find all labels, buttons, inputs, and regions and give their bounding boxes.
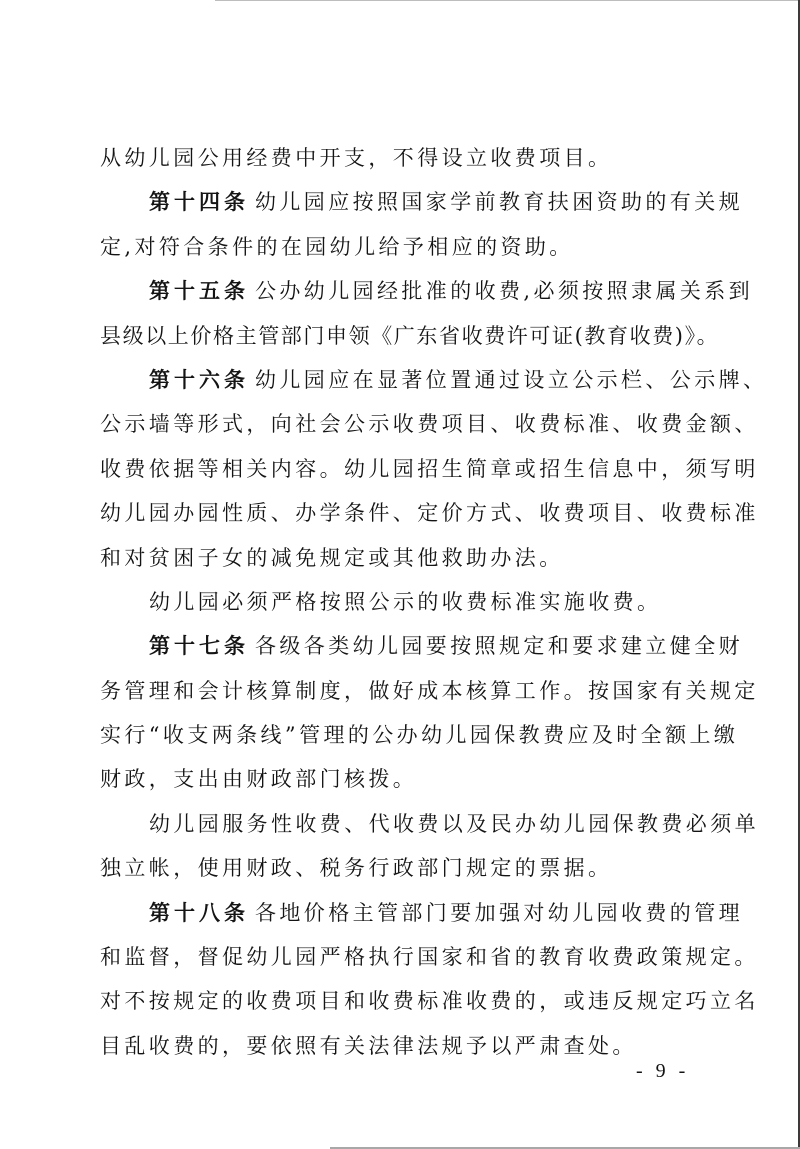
article-16-line: 第十六条幼儿园应在显著位置通过设立公示栏、公示牌、 (100, 358, 692, 402)
line-text: 收费依据等相关内容。幼儿园招生简章或招生信息中，须写明 (100, 457, 759, 481)
line-text: 定,对符合条件的在园幼儿给予相应的资助。 (100, 235, 574, 259)
line-text: 县级以上价格主管部门申领《广东省收费许可证(教育收费)》。 (100, 324, 719, 348)
line-text: 独立帐，使用财政、税务行政部门规定的票据。 (100, 856, 612, 880)
line-text: 公示墙等形式，向社会公示收费项目、收费标准、收费金额、 (100, 412, 759, 436)
text-line: 公示墙等形式，向社会公示收费项目、收费标准、收费金额、 (100, 402, 692, 446)
text-line: 县级以上价格主管部门申领《广东省收费许可证(教育收费)》。 (100, 314, 692, 358)
line-text: 幼儿园必须严格按照公示的收费标准实施收费。 (149, 590, 661, 614)
text-line: 务管理和会计核算制度，做好成本核算工作。按国家有关规定 (100, 669, 692, 713)
scan-edge-top (215, 0, 800, 1)
article-number: 第十六条 (149, 368, 249, 392)
line-text: 务管理和会计核算制度，做好成本核算工作。按国家有关规定 (100, 679, 759, 703)
line-text: 从幼儿园公用经费中开支，不得设立收费项目。 (100, 146, 612, 170)
article-17-line: 第十七条各级各类幼儿园要按照规定和要求建立健全财 (100, 624, 692, 668)
article-number: 第十八条 (149, 901, 249, 925)
line-text: 公办幼儿园经批准的收费,必须按照隶属关系到 (255, 279, 753, 303)
document-body: 从幼儿园公用经费中开支，不得设立收费项目。 第十四条幼儿园应按照国家学前教育扶困… (100, 136, 692, 1068)
article-15-line: 第十五条公办幼儿园经批准的收费,必须按照隶属关系到 (100, 269, 692, 313)
line-text: 各级各类幼儿园要按照规定和要求建立健全财 (255, 634, 743, 658)
line-text: 幼儿园办园性质、办学条件、定价方式、收费项目、收费标准 (100, 501, 759, 525)
line-text: 实行“收支两条线”管理的公办幼儿园保教费应及时全额上缴 (100, 723, 738, 747)
line-text: 幼儿园应在显著位置通过设立公示栏、公示牌、 (255, 368, 767, 392)
article-number: 第十七条 (149, 634, 249, 658)
text-line: 收费依据等相关内容。幼儿园招生简章或招生信息中，须写明 (100, 447, 692, 491)
text-line: 对不按规定的收费项目和收费标准收费的，或违反规定巧立名 (100, 979, 692, 1023)
text-line: 定,对符合条件的在园幼儿给予相应的资助。 (100, 225, 692, 269)
line-text: 财政，支出由财政部门核拨。 (100, 767, 417, 791)
line-text: 各地价格主管部门要加强对幼儿园收费的管理 (255, 901, 743, 925)
line-text: 和对贫困子女的减免规定或其他救助办法。 (100, 546, 564, 570)
text-line: 独立帐，使用财政、税务行政部门规定的票据。 (100, 846, 692, 890)
text-line: 从幼儿园公用经费中开支，不得设立收费项目。 (100, 136, 692, 180)
text-line: 和对贫困子女的减免规定或其他救助办法。 (100, 536, 692, 580)
article-number: 第十四条 (149, 190, 249, 214)
text-line: 目乱收费的，要依照有关法律法规予以严肃查处。 (100, 1024, 692, 1068)
line-text: 和监督，督促幼儿园严格执行国家和省的教育收费政策规定。 (100, 945, 759, 969)
article-number: 第十五条 (149, 279, 249, 303)
text-line: 幼儿园办园性质、办学条件、定价方式、收费项目、收费标准 (100, 491, 692, 535)
line-text: 目乱收费的，要依照有关法律法规予以严肃查处。 (100, 1034, 637, 1058)
text-line: 财政，支出由财政部门核拨。 (100, 757, 692, 801)
article-18-line: 第十八条各地价格主管部门要加强对幼儿园收费的管理 (100, 891, 692, 935)
article-14-line: 第十四条幼儿园应按照国家学前教育扶困资助的有关规 (100, 180, 692, 224)
text-line: 幼儿园必须严格按照公示的收费标准实施收费。 (100, 580, 692, 624)
line-text: 对不按规定的收费项目和收费标准收费的，或违反规定巧立名 (100, 989, 759, 1013)
text-line: 实行“收支两条线”管理的公办幼儿园保教费应及时全额上缴 (100, 713, 692, 757)
text-line: 和监督，督促幼儿园严格执行国家和省的教育收费政策规定。 (100, 935, 692, 979)
line-text: 幼儿园应按照国家学前教育扶困资助的有关规 (255, 190, 743, 214)
text-line: 幼儿园服务性收费、代收费以及民办幼儿园保教费必须单 (100, 802, 692, 846)
page-number: - 9 - (636, 1060, 689, 1083)
line-text: 幼儿园服务性收费、代收费以及民办幼儿园保教费必须单 (149, 812, 759, 836)
